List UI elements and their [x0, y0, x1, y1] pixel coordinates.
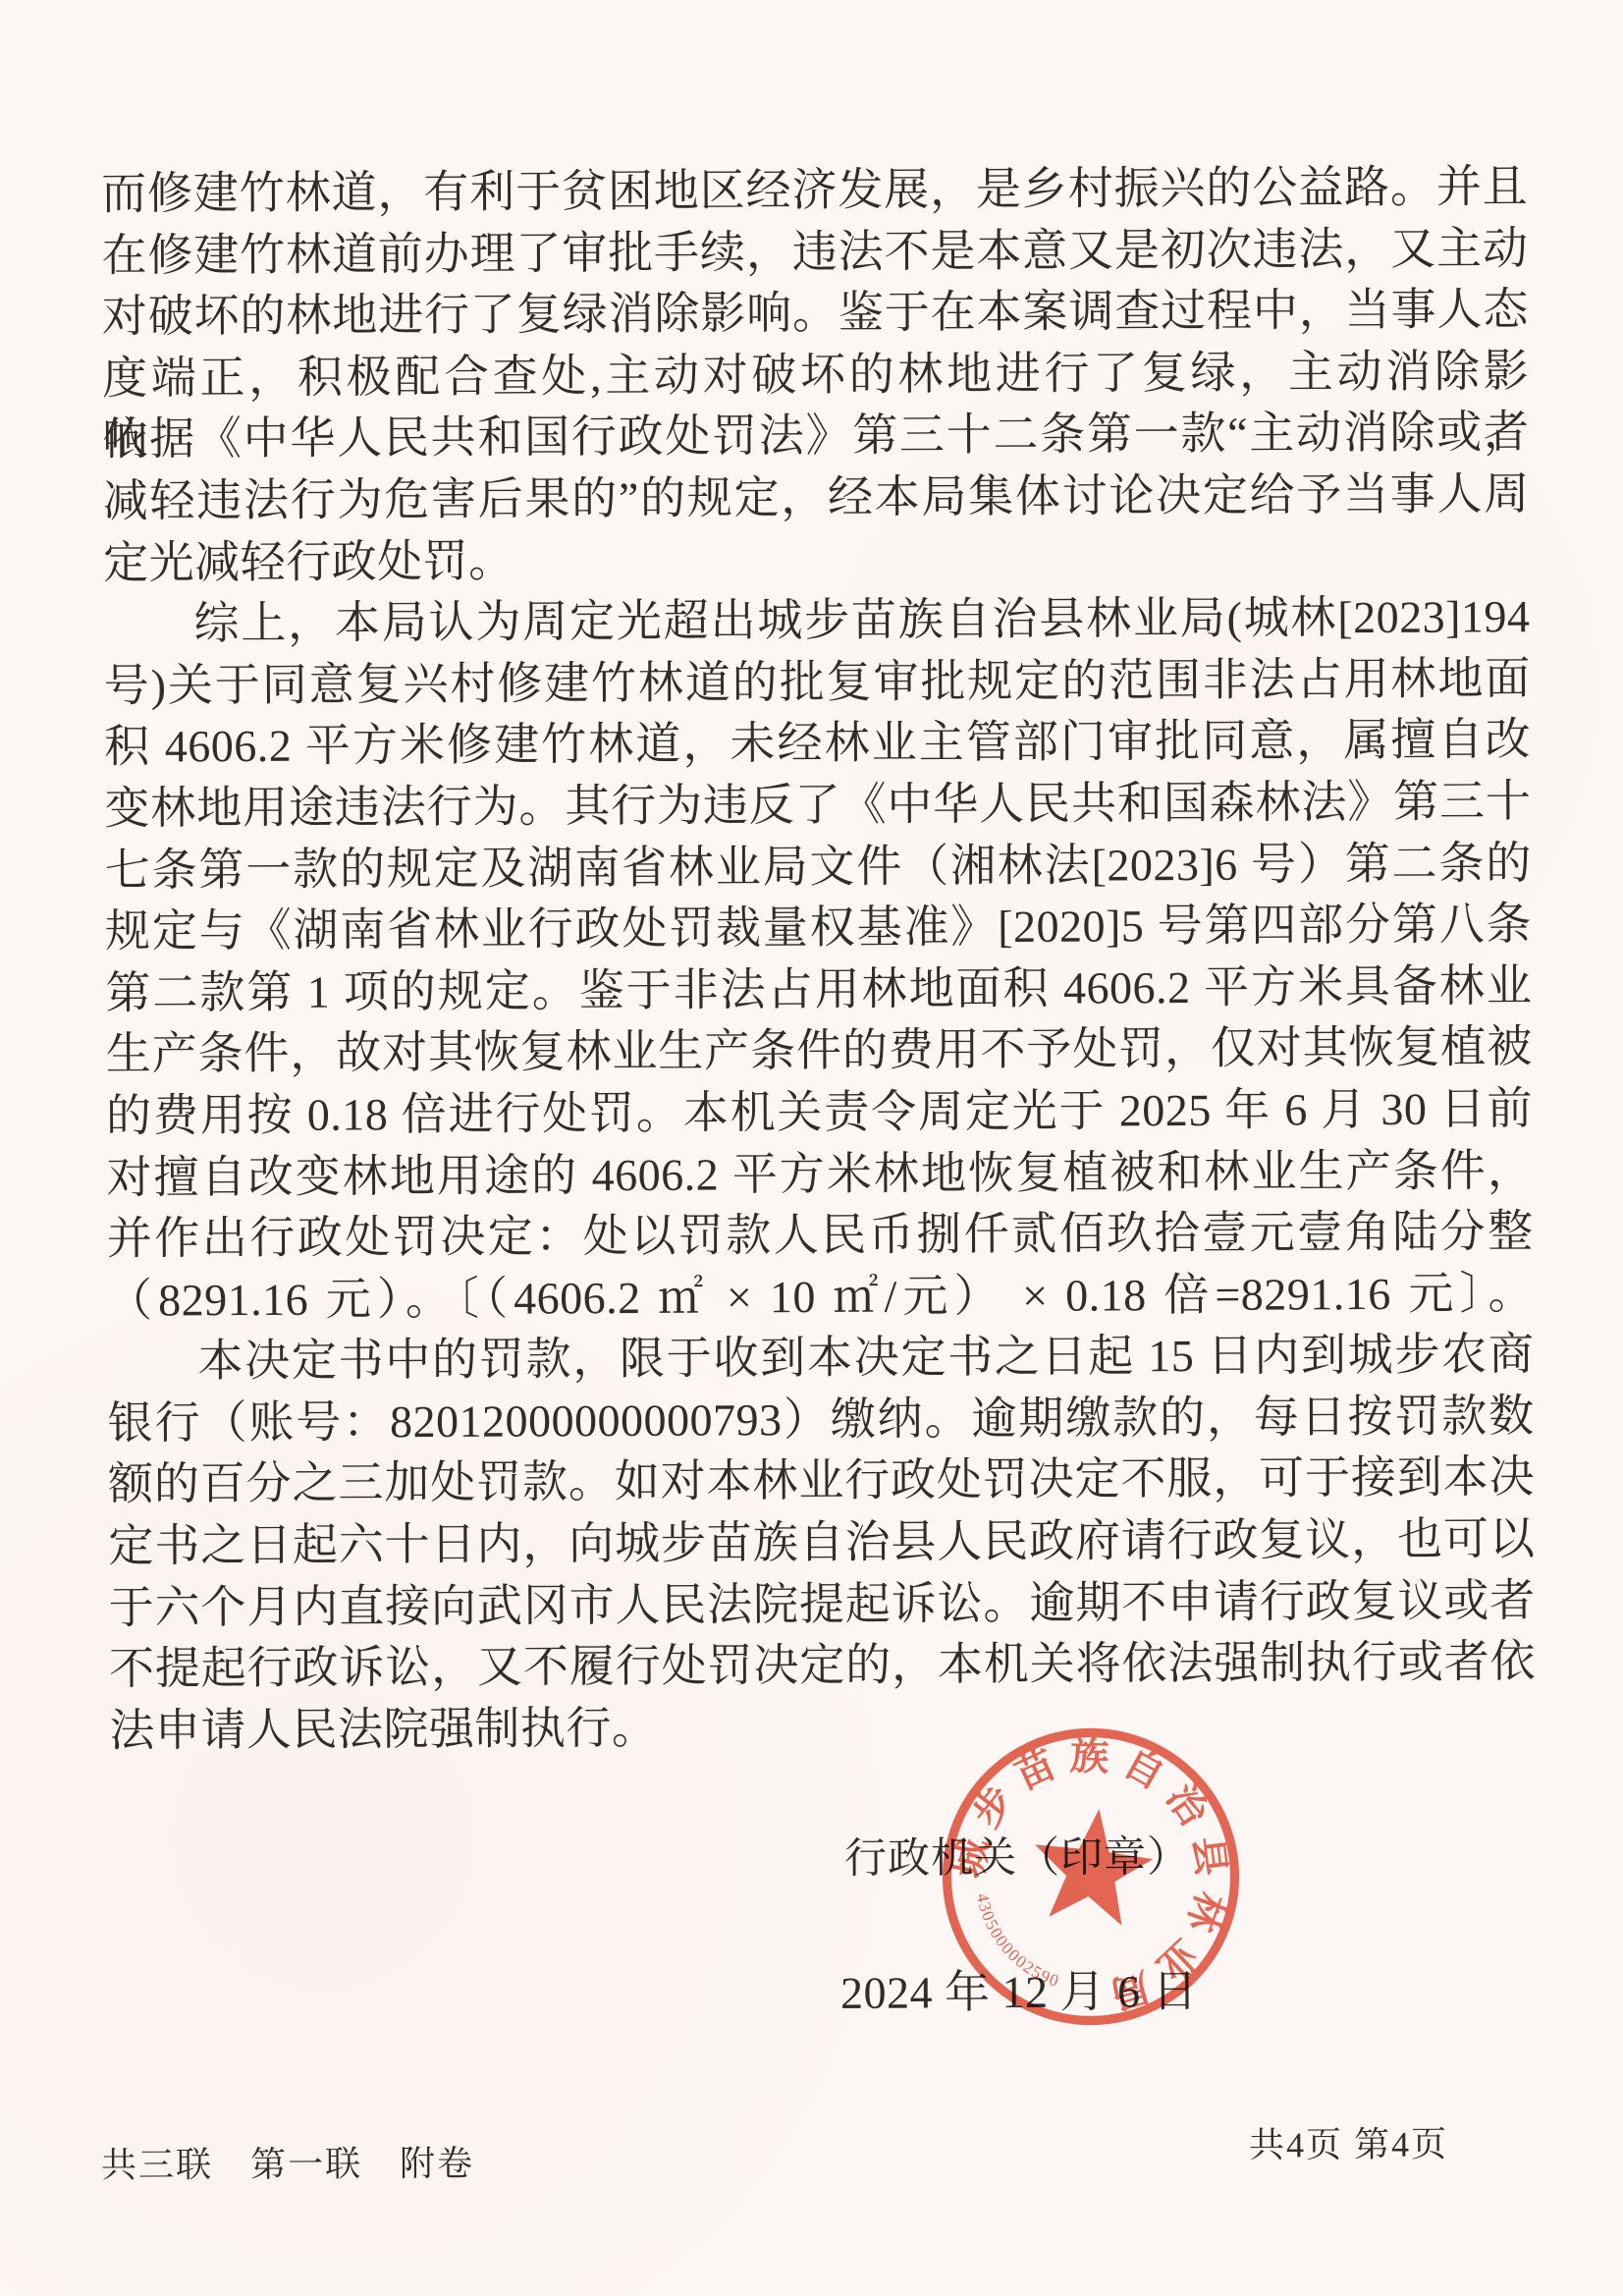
paragraph: 综上，本局认为周定光超出城步苗族自治县林业局(城林[2023]194号)关于同意… — [103, 586, 1534, 1332]
text-line: 而修建竹林道，有利于贫困地区经济发展，是乡村振兴的公益路。并且 — [101, 156, 1528, 225]
document-body: 而修建竹林道，有利于贫困地区经济发展，是乡村振兴的公益路。并且在修建竹林道前办理… — [101, 156, 1537, 1762]
text-line: 法申请人民法院强制执行。 — [109, 1693, 1536, 1762]
text-line: 对破坏的林地进行了复绿消除影响。鉴于在本案调查过程中，当事人态 — [102, 279, 1529, 348]
text-line: 于六个月内直接向武冈市人民法院提起诉讼。逾期不申请行政复议或者 — [109, 1570, 1536, 1639]
star-icon — [1026, 1802, 1158, 1929]
paragraph: 本决定书中的罚款，限于收到本决定书之日起 15 日内到城步农商银行（账号：820… — [107, 1324, 1536, 1762]
paragraph: 而修建竹林道，有利于贫困地区经济发展，是乡村振兴的公益路。并且在修建竹林道前办理… — [101, 156, 1530, 594]
text-line: 生产条件，故对其恢复林业生产条件的费用不予处罚，仅对其恢复植被 — [106, 1016, 1533, 1085]
text-line: 依据《中华人民共和国行政处罚法》第三十二条第一款“主动消除或者 — [102, 403, 1529, 471]
text-line: 定书之日起六十日内，向城步苗族自治县人民政府请行政复议，也可以 — [108, 1508, 1535, 1577]
text-line: 在修建竹林道前办理了审批手续，违法不是本意又是初次违法，又主动 — [101, 218, 1528, 287]
text-line: 减轻违法行为危害后果的”的规定，经本局集体讨论决定给予当事人周 — [103, 464, 1530, 532]
text-line: 七条第一款的规定及湖南省林业局文件（湘林法[2023]6 号）第二条的 — [105, 833, 1532, 902]
text-line: 对擅自改变林地用途的 4606.2 平方米林地恢复植被和林业生产条件， — [106, 1140, 1533, 1209]
text-line: 变林地用途违法行为。其行为违反了《中华人民共和国森林法》第三十 — [104, 771, 1531, 840]
text-line: （8291.16 元）。〔（4606.2 ㎡ × 10 ㎡/元） × 0.18 … — [107, 1263, 1534, 1332]
text-line: 第二款第 1 项的规定。鉴于非法占用林地面积 4606.2 平方米具备林业 — [105, 956, 1532, 1024]
footer-copy-info: 共三联 第一联 附卷 — [101, 2136, 474, 2188]
footer-page-number: 共4页 第4页 — [1249, 2116, 1448, 2167]
text-line: 并作出行政处罚决定：处以罚款人民币捌仟贰佰玖拾壹元壹角陆分整 — [107, 1201, 1534, 1270]
text-line: 定光减轻行政处罚。 — [103, 525, 1530, 594]
official-seal: 城步苗族自治县林业局 4305000002590 — [934, 1720, 1248, 2034]
text-line: 规定与《湖南省林业行政处罚裁量权基准》[2020]5 号第四部分第八条 — [105, 894, 1532, 962]
text-line: 综上，本局认为周定光超出城步苗族自治县林业局(城林[2023]194 — [103, 586, 1530, 655]
text-line: 本决定书中的罚款，限于收到本决定书之日起 15 日内到城步农商 — [107, 1324, 1534, 1393]
seal-graphic: 城步苗族自治县林业局 4305000002590 — [934, 1720, 1248, 2034]
text-line: 度端正，积极配合查处,主动对破坏的林地进行了复绿，主动消除影响， — [102, 341, 1529, 410]
text-line: 不提起行政诉讼，又不履行处罚决定的，本机关将依法强制执行或者依 — [109, 1631, 1536, 1700]
text-line: 积 4606.2 平方米修建竹林道，未经林业主管部门审批同意，属擅自改 — [104, 710, 1531, 779]
text-line: 的费用按 0.18 倍进行处罚。本机关责令周定光于 2025 年 6 月 30 … — [106, 1078, 1533, 1147]
scanned-document-page: 而修建竹林道，有利于贫困地区经济发展，是乡村振兴的公益路。并且在修建竹林道前办理… — [0, 0, 1623, 2296]
text-line: 号)关于同意复兴村修建竹林道的批复审批规定的范围非法占用林地面 — [104, 648, 1531, 717]
text-line: 额的百分之三加处罚款。如对本林业行政处罚决定不服，可于接到本决 — [108, 1448, 1535, 1516]
text-line: 银行（账号：82012000000000793）缴纳。逾期缴款的，每日按罚款数 — [108, 1386, 1535, 1454]
